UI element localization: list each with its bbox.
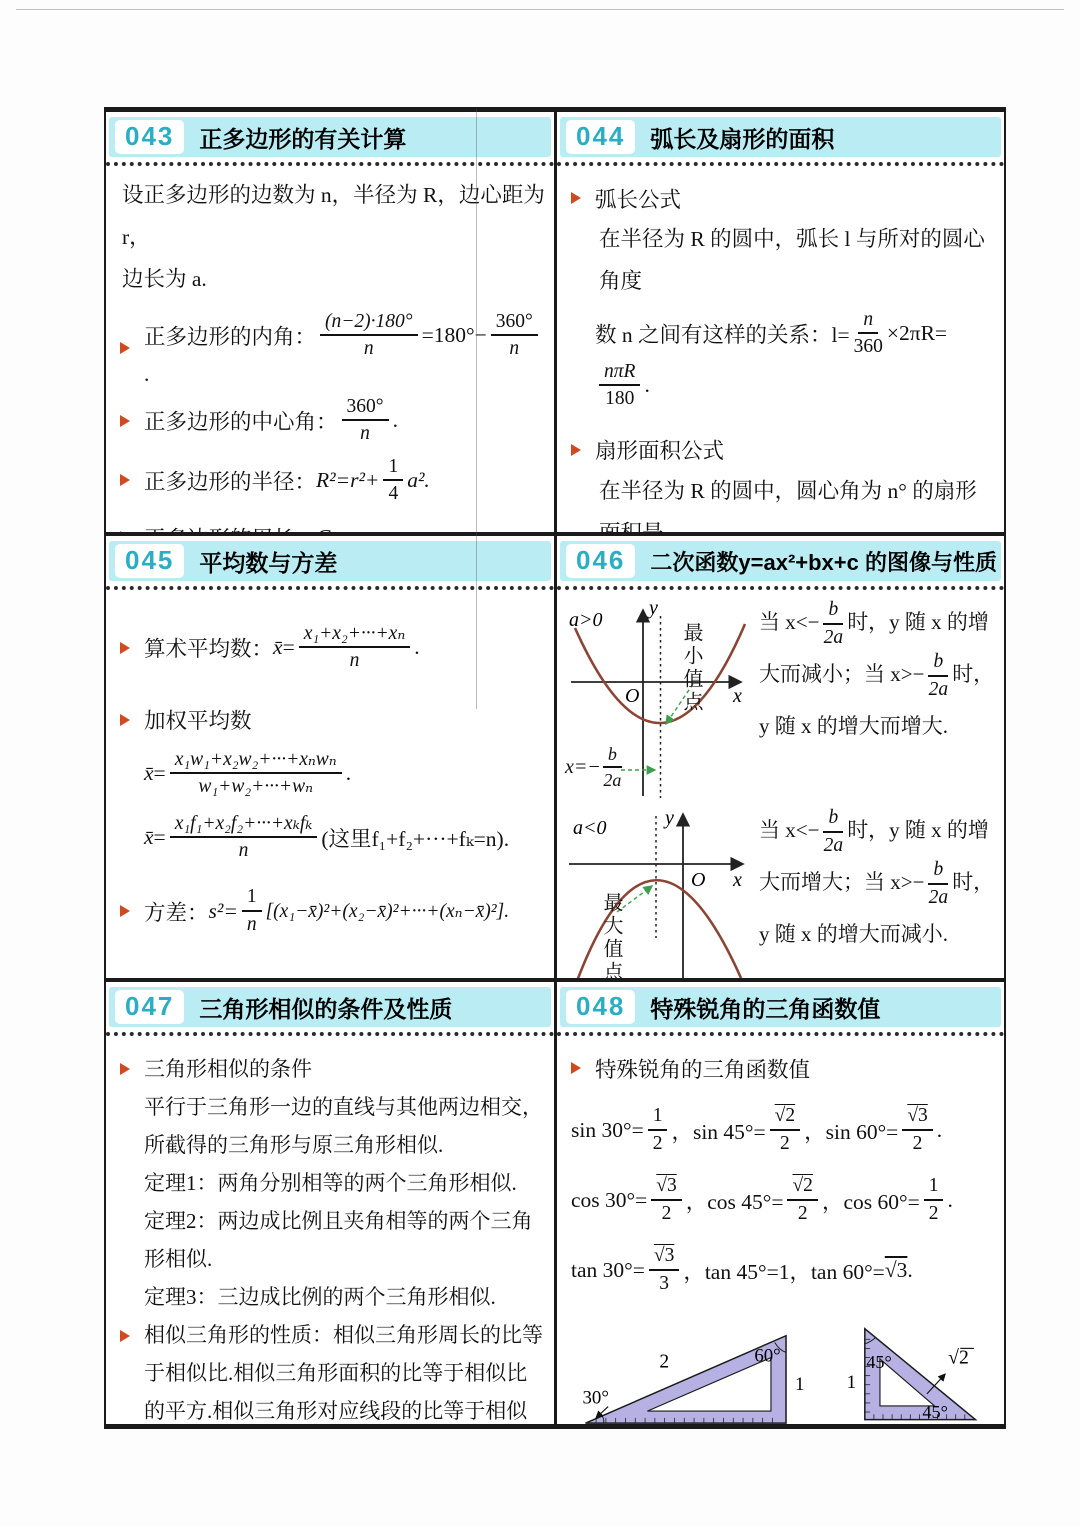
intro-line: 边长为 a. — [122, 258, 546, 300]
a-positive-property-text: 当 x<−b2a时，y 随 x 的增大而减小；当 x>−b2a时，y 随 x 的… — [755, 598, 996, 800]
section-048: 048 特殊锐角的三角函数值 特殊锐角的三角函数值 sin 30°= 12 ，s… — [557, 982, 1004, 1424]
angle-45-top-label: 45° — [866, 1352, 891, 1372]
sector-area-heading: 扇形面积公式 — [569, 430, 996, 470]
section-number-badge: 048 — [566, 990, 635, 1024]
formula-interior-angle: 正多边形的内角： (n−2)·180°n =180°− 360°n . — [118, 310, 546, 387]
section-header: 043 正多边形的有关计算 — [109, 117, 551, 157]
section-title: 特殊锐角的三角函数值 — [650, 991, 880, 1024]
similarity-theorem-3: 定理3：三边成比例的两个三角形相似. — [118, 1278, 546, 1316]
hypotenuse-length-label: √2 — [948, 1347, 969, 1369]
page-crease-line — [476, 109, 477, 709]
origin-label: O — [625, 685, 639, 707]
sector-area-text: 在半径为 R 的圆中，圆心角为 n° 的扇形面积是 — [573, 470, 996, 537]
section-044: 044 弧长及扇形的面积 弧长公式 在半径为 R 的圆中，弧长 l 与所对的圆心… — [557, 112, 1004, 536]
weighted-mean-formula: x̄ = x₁w₁+x₂w₂+···+xₙwₙw₁+w₂+···+wₙ . — [118, 748, 546, 800]
arc-length-heading: 弧长公式 — [569, 178, 996, 218]
angle-45-bottom-label: 45° — [923, 1402, 948, 1422]
section-header: 047 三角形相似的条件及性质 — [109, 987, 551, 1027]
similarity-theorem-1: 定理1：两角分别相等的两个三角形相似. — [118, 1164, 546, 1202]
section-045: 045 平均数与方差 算术平均数： x̄ = x₁+x₂+···+xₙn . 加… — [106, 536, 557, 982]
section-title: 平均数与方差 — [199, 545, 337, 578]
section-046: 046 二次函数y=ax²+bx+c 的图像与性质 — [557, 536, 1004, 982]
set-square-30-60-triangle: 2 60° 1 30° √3 — [581, 1312, 807, 1424]
bullet-icon — [571, 1062, 581, 1074]
section-header: 045 平均数与方差 — [109, 541, 551, 581]
section-number-badge: 047 — [115, 990, 184, 1024]
coefficient-label: a<0 — [573, 817, 607, 839]
section-title: 三角形相似的条件及性质 — [199, 991, 452, 1024]
parabola-a-negative-figure: a<0 y O x 最大值点 — [565, 806, 755, 982]
similarity-conditions-heading: 三角形相似的条件 — [118, 1050, 546, 1088]
set-square-45-45-triangle: 45° 45° 1 1 √2 — [833, 1306, 996, 1424]
section-title: 弧长及扇形的面积 — [650, 121, 834, 154]
section-title: 正多边形的有关计算 — [199, 121, 406, 154]
intro-line: 设正多边形的边数为 n，半径为 R，边心距为 r， — [122, 174, 546, 258]
section-number-badge: 044 — [566, 120, 635, 154]
formula-radius: 正多边形的半径： R²=r²+ 14 a². — [118, 455, 546, 507]
trig-values-heading: 特殊锐角的三角函数值 — [569, 1048, 996, 1088]
bullet-icon — [120, 905, 130, 917]
section-header: 048 特殊锐角的三角函数值 — [560, 987, 1001, 1027]
bullet-icon — [120, 714, 130, 726]
vertical-side-label: 1 — [847, 1372, 856, 1393]
similarity-properties: 相似三角形的性质：相似三角形周长的比等于相似比.相似三角形面积的比等于相似比的平… — [118, 1316, 546, 1424]
section-number-badge: 043 — [115, 120, 184, 154]
a-negative-property-text: 当 x<−b2a时，y 随 x 的增大而增大；当 x>−b2a时，y 随 x 的… — [755, 806, 996, 982]
parabola-a-negative-graph: a<0 y O x — [565, 806, 755, 982]
y-axis-label: y — [663, 807, 674, 829]
arc-length-formula: 数 n 之间有这样的关系：l= n360 ×2πR= nπR180 . — [569, 308, 996, 412]
bullet-icon — [120, 1063, 130, 1075]
angle-30-label: 30° — [583, 1388, 609, 1409]
bullet-icon — [120, 415, 130, 427]
reference-card-grid: 043 正多边形的有关计算 设正多边形的边数为 n，半径为 R，边心距为 r， … — [104, 107, 1006, 1429]
bullet-icon — [120, 474, 130, 486]
frequency-mean-formula: x̄ = x₁f₁+x₂f₂+···+xₖfₖn (这里f₁+f₂+···+fₖ… — [118, 812, 546, 864]
bullet-icon — [120, 1330, 130, 1342]
formula-central-angle: 正多边形的中心角： 360°n . — [118, 395, 546, 447]
weighted-mean-heading: 加权平均数 — [118, 700, 546, 740]
bullet-icon — [571, 444, 581, 456]
minimum-point-label: 最小值点 — [677, 622, 706, 714]
similarity-parallel-rule: 平行于三角形一边的直线与其他两边相交，所截得的三角形与原三角形相似. — [118, 1088, 546, 1164]
vertical-side-label: 1 — [795, 1374, 804, 1395]
bullet-icon — [120, 342, 130, 354]
cosine-values-row: cos 30°= √32 ，cos 45°= √22 ，cos 60°= 12 … — [571, 1172, 996, 1228]
angle-60-label: 60° — [754, 1345, 780, 1366]
similarity-theorem-2: 定理2：两边成比例且夹角相等的两个三角形相似. — [118, 1202, 546, 1278]
coefficient-label: a>0 — [569, 609, 603, 631]
x-axis-label: x — [732, 869, 742, 891]
variance-formula: 方差： s²= 1n [(x₁−x̄)²+(x₂−x̄)²+···+(xₙ−x̄… — [118, 885, 546, 937]
origin-label: O — [691, 869, 705, 891]
section-title: 二次函数y=ax²+bx+c 的图像与性质 — [650, 546, 997, 577]
axis-of-symmetry-equation: x=− b2a — [565, 743, 624, 791]
section-047: 047 三角形相似的条件及性质 三角形相似的条件 平行于三角形一边的直线与其他两… — [106, 982, 557, 1424]
arithmetic-mean-formula: 算术平均数： x̄ = x₁+x₂+···+xₙn . — [118, 622, 546, 674]
photo-top-edge-line — [16, 9, 1064, 10]
section-header: 046 二次函数y=ax²+bx+c 的图像与性质 — [560, 541, 1001, 581]
hypotenuse-length-label: 2 — [659, 1351, 669, 1372]
bullet-icon — [120, 642, 130, 654]
sine-values-row: sin 30°= 12 ，sin 45°= √22 ，sin 60°= √32 … — [571, 1102, 996, 1158]
section-number-badge: 045 — [115, 544, 184, 578]
section-number-badge: 046 — [566, 544, 635, 578]
bullet-icon — [571, 192, 581, 204]
parabola-a-positive-figure: a>0 y O x 最小值点 x=− b2a — [565, 598, 755, 800]
maximum-point-label: 最大值点 — [597, 892, 626, 982]
formula-perimeter: 正多边形的周长： C=n·a. — [118, 516, 546, 536]
arc-length-text: 在半径为 R 的圆中，弧长 l 与所对的圆心角度 — [573, 218, 996, 302]
section-header: 044 弧长及扇形的面积 — [560, 117, 1001, 157]
x-axis-label: x — [732, 685, 742, 707]
tangent-values-row: tan 30°= √33 ，tan 45°=1，tan 60°= √3 . — [571, 1242, 996, 1298]
section-043: 043 正多边形的有关计算 设正多边形的边数为 n，半径为 R，边心距为 r， … — [106, 112, 557, 536]
y-axis-label: y — [647, 598, 658, 619]
